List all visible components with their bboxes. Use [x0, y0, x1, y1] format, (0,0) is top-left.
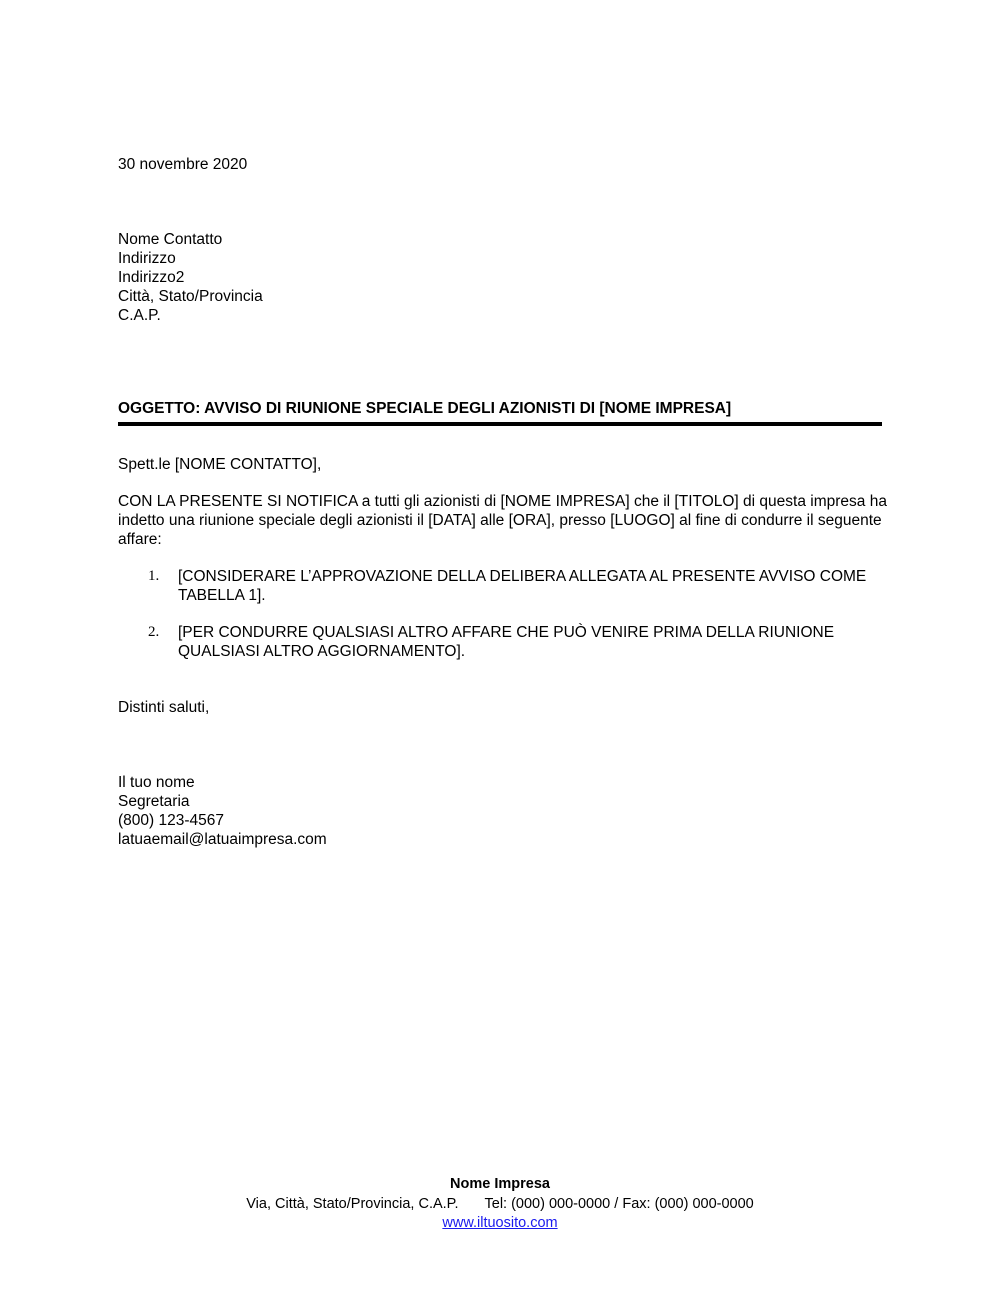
footer-website-link[interactable]: www.iltuosito.com: [442, 1215, 557, 1231]
agenda-item: 2. [PER CONDURRE QUALSIASI ALTRO AFFARE …: [148, 623, 888, 661]
footer-address: Via, Città, Stato/Provincia, C.A.P.: [246, 1196, 458, 1212]
page-footer: Nome Impresa Via, Città, Stato/Provincia…: [0, 1175, 1000, 1234]
footer-company: Nome Impresa: [0, 1175, 1000, 1195]
recipient-name: Nome Contatto: [118, 230, 263, 249]
agenda-item-number: 1.: [148, 567, 159, 586]
subject-line: OGGETTO: AVVISO DI RIUNIONE SPECIALE DEG…: [118, 399, 731, 418]
recipient-city-state: Città, Stato/Provincia: [118, 287, 263, 306]
signature-phone: (800) 123-4567: [118, 811, 327, 830]
agenda-item-text: [PER CONDURRE QUALSIASI ALTRO AFFARE CHE…: [178, 624, 834, 660]
letter-date: 30 novembre 2020: [118, 155, 247, 174]
agenda-item-number: 2.: [148, 623, 159, 642]
body-paragraph: CON LA PRESENTE SI NOTIFICA a tutti gli …: [118, 492, 888, 549]
footer-contact-line: Via, Città, Stato/Provincia, C.A.P.Tel: …: [0, 1195, 1000, 1215]
closing: Distinti saluti,: [118, 698, 209, 717]
salutation: Spett.le [NOME CONTATTO],: [118, 455, 321, 474]
subject-divider: [118, 422, 882, 426]
recipient-block: Nome Contatto Indirizzo Indirizzo2 Città…: [118, 230, 263, 325]
footer-phone-fax: Tel: (000) 000-0000 / Fax: (000) 000-000…: [485, 1196, 754, 1212]
signature-title: Segretaria: [118, 792, 327, 811]
signature-email: latuaemail@latuaimpresa.com: [118, 830, 327, 849]
agenda-list: 1. [CONSIDERARE L’APPROVAZIONE DELLA DEL…: [118, 567, 888, 679]
signature-block: Il tuo nome Segretaria (800) 123-4567 la…: [118, 773, 327, 849]
agenda-item: 1. [CONSIDERARE L’APPROVAZIONE DELLA DEL…: [148, 567, 888, 605]
signature-name: Il tuo nome: [118, 773, 327, 792]
recipient-address1: Indirizzo: [118, 249, 263, 268]
agenda-item-text: [CONSIDERARE L’APPROVAZIONE DELLA DELIBE…: [178, 568, 866, 604]
recipient-address2: Indirizzo2: [118, 268, 263, 287]
recipient-zip: C.A.P.: [118, 306, 263, 325]
